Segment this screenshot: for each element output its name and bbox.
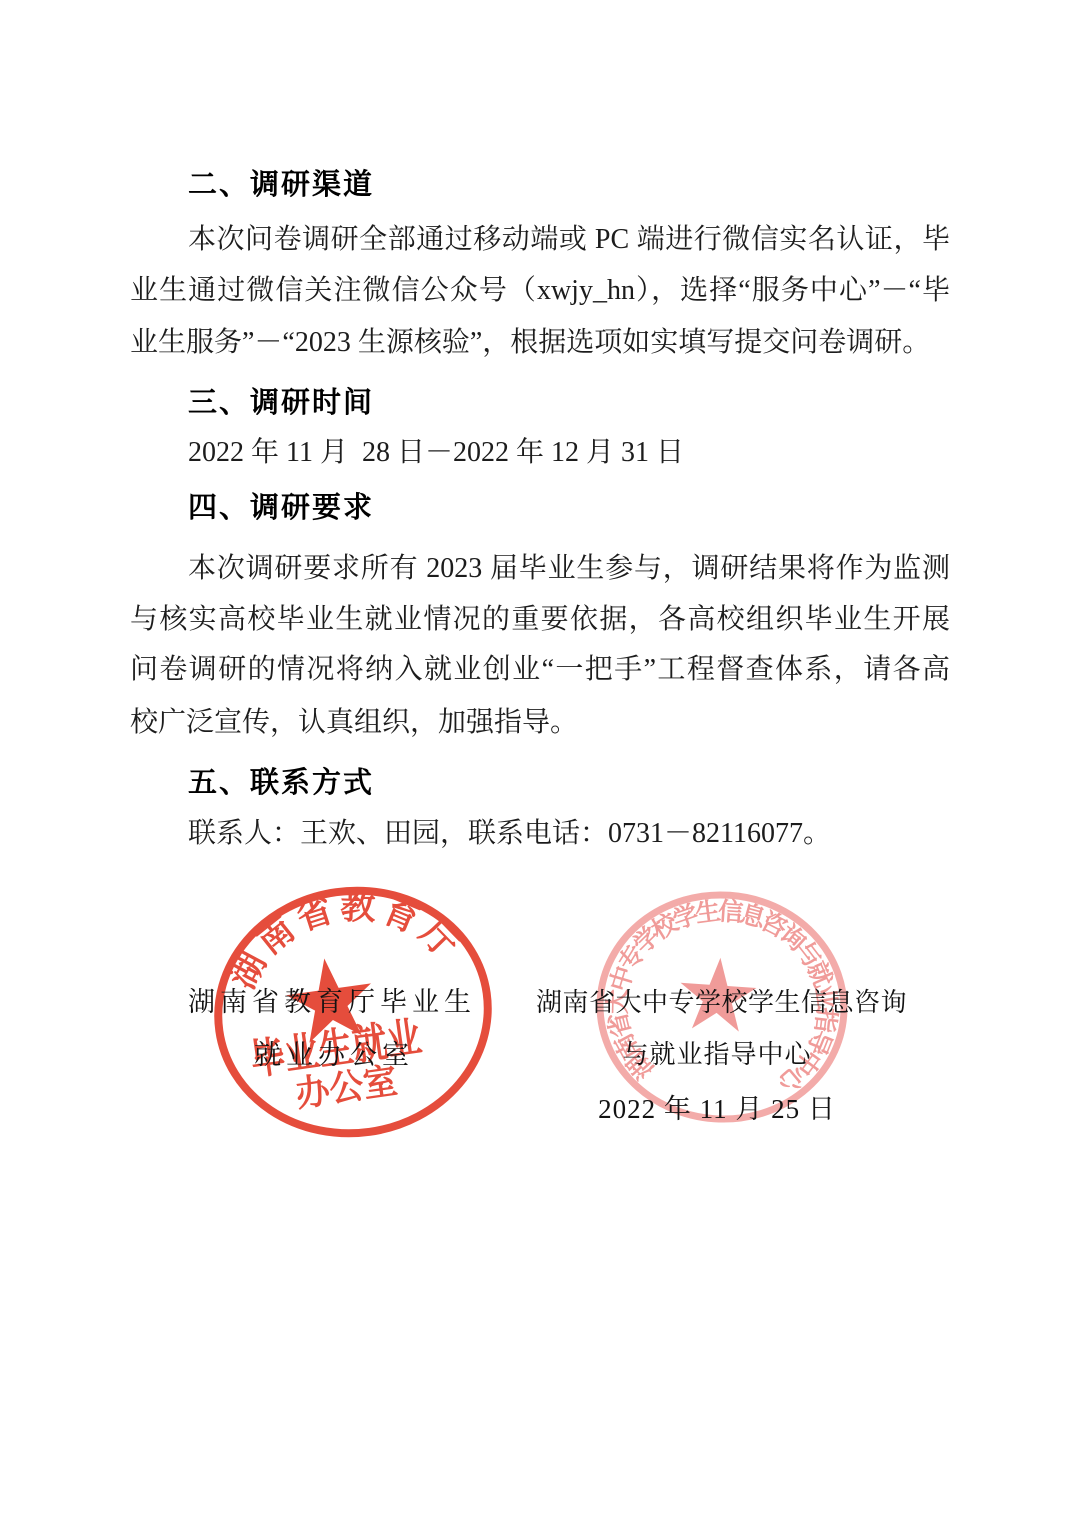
paragraph-line: 本次问卷调研全部通过移动端或 PC 端进行微信实名认证，毕 (130, 218, 950, 262)
heading-text: 五、联系方式 (130, 767, 374, 799)
document-page: 二、调研渠道 本次问卷调研全部通过移动端或 PC 端进行微信实名认证，毕 业生通… (0, 0, 1080, 1514)
heading-text: 四、调研要求 (130, 492, 374, 524)
heading-text: 三、调研时间 (130, 387, 374, 419)
section-heading-requirements: 四、调研要求 (130, 486, 950, 530)
date-range-line: 2022 年 11 月 28 日－2022 年 12 月 31 日 (130, 431, 950, 475)
signature-left-line2: 就业办公室 (188, 1033, 480, 1072)
paragraph-line: 业生通过微信关注微信公众号（xwjy_hn），选择“服务中心”－“毕 (130, 269, 950, 313)
paragraph-line: 本次调研要求所有 2023 届毕业生参与，调研结果将作为监测 (130, 547, 950, 591)
signature-right-line2: 与就业指导中心 (536, 1034, 898, 1071)
section-heading-contact: 五、联系方式 (130, 761, 950, 805)
signature-right-line1: 湖南省大中专学校学生信息咨询 (536, 982, 907, 1019)
paragraph-line: 业生服务”－“2023 生源核验”，根据选项如实填写提交问卷调研。 (130, 321, 950, 365)
signature-date: 2022 年 11 月 25 日 (536, 1087, 898, 1126)
paragraph-line: 与核实高校毕业生就业情况的重要依据，各高校组织毕业生开展 (130, 598, 950, 642)
contact-line: 联系人：王欢、田园，联系电话：0731－82116077。 (130, 812, 950, 856)
paragraph-line: 校广泛宣传，认真组织，加强指导。 (130, 701, 950, 745)
paragraph-line: 问卷调研的情况将纳入就业创业“一把手”工程督查体系，请各高 (130, 648, 950, 692)
signature-left-line1: 湖南省教育厅毕业生 (188, 980, 476, 1019)
section-heading-channels: 二、调研渠道 (130, 163, 950, 207)
heading-text: 二、调研渠道 (130, 169, 374, 201)
section-heading-time: 三、调研时间 (130, 381, 950, 425)
